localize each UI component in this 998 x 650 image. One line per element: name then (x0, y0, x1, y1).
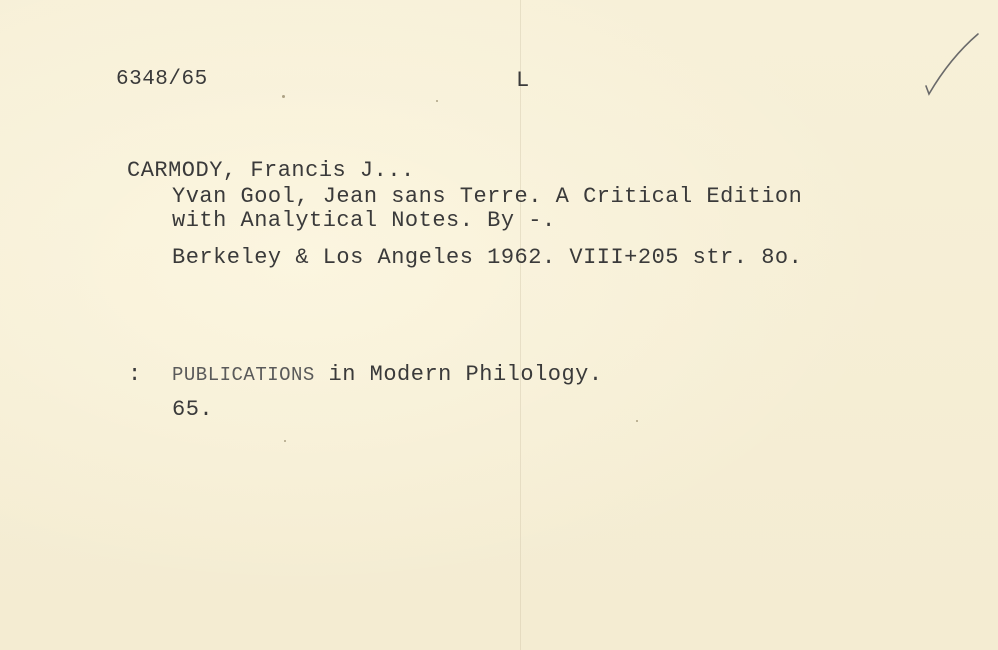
series-title-rest: in Modern Philology. (315, 362, 603, 387)
card-fold-line (520, 0, 521, 650)
call-number: 6348/65 (116, 68, 208, 91)
title-line-1: Yvan Gool, Jean sans Terre. A Critical E… (172, 184, 802, 209)
series-separator: : (128, 362, 142, 387)
catalog-card: 6348/65 L CARMODY, Francis J... Yvan Goo… (0, 0, 998, 650)
series-statement: PUBLICATIONS in Modern Philology. (172, 362, 603, 387)
title-line-2: with Analytical Notes. By -. (172, 208, 556, 233)
imprint: Berkeley & Los Angeles 1962. VIII+205 st… (172, 245, 802, 270)
series-title-caps: PUBLICATIONS (172, 364, 315, 386)
paper-speck (436, 100, 438, 102)
author-heading: CARMODY, Francis J... (127, 158, 415, 183)
location-mark: L (516, 68, 530, 93)
paper-speck (284, 440, 286, 442)
series-number: 65. (172, 397, 213, 422)
paper-speck (282, 95, 285, 98)
checkmark-icon (920, 28, 980, 98)
paper-speck (636, 420, 638, 422)
